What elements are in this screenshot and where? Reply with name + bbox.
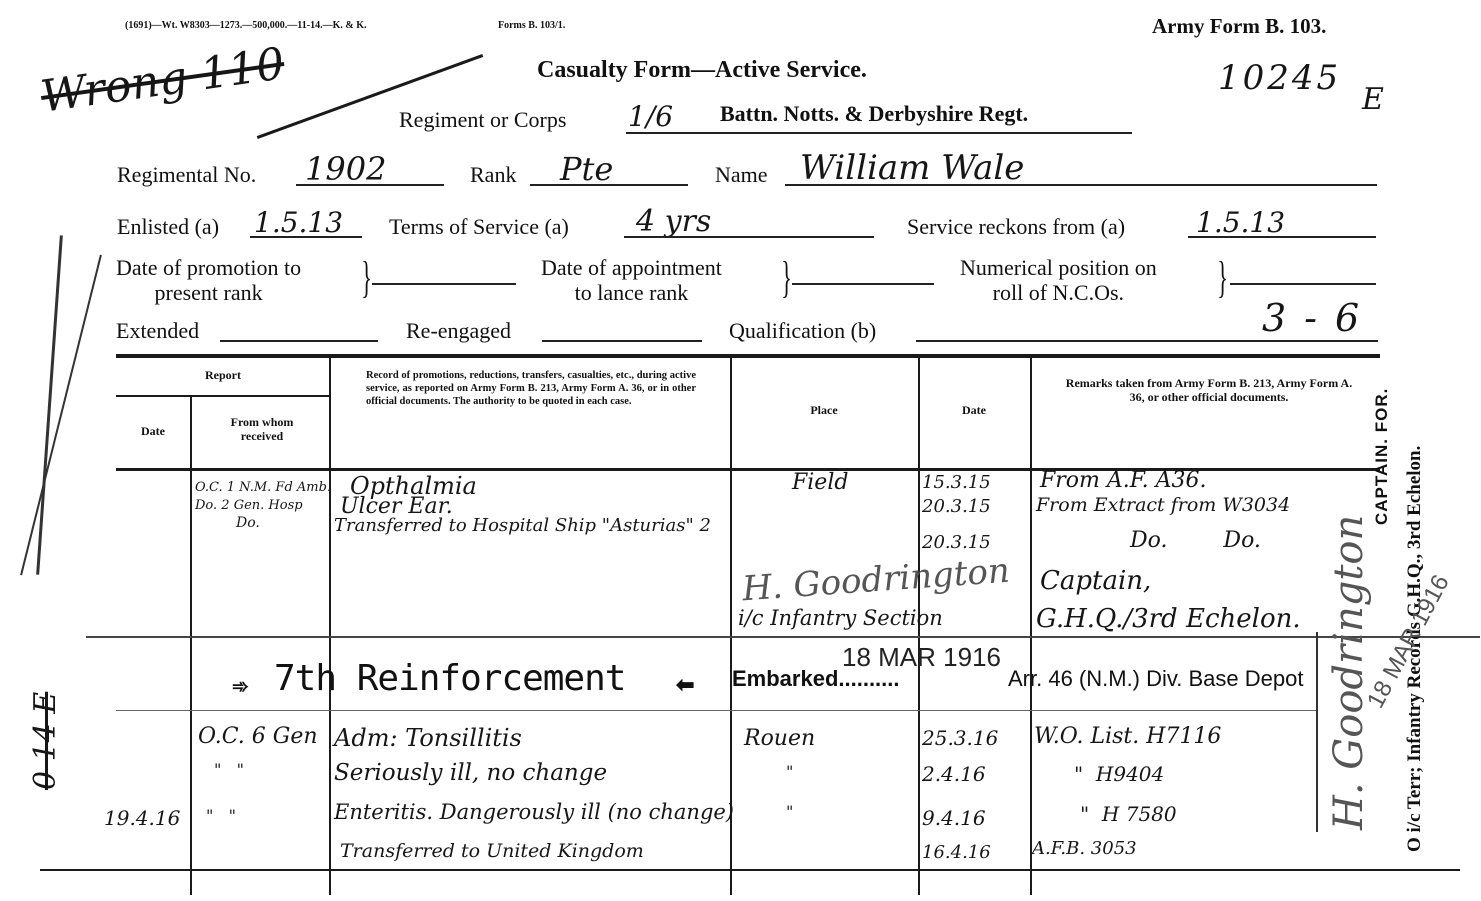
row-1916-1-record: Adm: Tonsillitis [334,724,522,752]
enlisted-label: Enlisted (a) [117,214,219,240]
promotion-label-line1: Date of promotion to [116,255,301,280]
reinforcement-divider [116,710,1316,711]
reengaged-underline [542,340,702,342]
signature-section: i/c Infantry Section [738,606,943,630]
crossed-annotation: Wrong 110 [38,38,288,123]
row-1915-2-date: 20.3.15 [922,496,991,517]
extended-underline [220,340,378,342]
arrival-text: Arr. 46 (N.M.) Div. Base Depot [1008,666,1303,692]
row-1916-4-date: 16.4.16 [922,842,991,863]
file-number: 10245 [1218,58,1341,98]
row-1916-3-from: " " [206,806,236,825]
form-number: Army Form B. 103. [1152,14,1326,39]
nco-label: Numerical position on roll of N.C.Os. [960,255,1157,305]
name-value: William Wale [800,148,1024,188]
regiment-value-handwritten: 1/6 [628,100,673,133]
row-1916-2-remarks: " H9404 [1074,762,1164,786]
row-1915-2-from: Do. 2 Gen. Hosp [195,498,303,513]
row-1916-1-date: 25.3.16 [922,726,998,750]
row-1916-3-place: " [786,802,793,821]
left-pen-stroke-2 [20,255,102,576]
row-1915-1-place: Field [792,470,848,495]
row-1916-3-remarks: " H 7580 [1080,802,1177,826]
regimental-no-label: Regimental No. [117,162,256,188]
qualification-value: 3-6 [1262,296,1377,340]
regimental-no-value: 1902 [305,150,386,188]
arrow-left-icon: ⬅ [676,672,694,698]
nco-brace: } [1217,252,1228,303]
col-divider-1 [190,395,192,895]
name-underline [785,184,1377,186]
row-1916-3-report-date: 19.4.16 [104,806,180,830]
row-1916-1-remarks: W.O. List. H7116 [1034,724,1221,749]
header-date: Date [116,424,190,438]
section-divider [86,636,1480,638]
row-1916-4-record: Transferred to United Kingdom [340,840,644,862]
rank-label: Rank [470,162,516,188]
header-remarks: Remarks taken from Army Form B. 213, Arm… [1064,376,1354,404]
forms-reference: Forms B. 103/1. [498,20,565,31]
lance-label-line1: Date of appointment [541,255,722,280]
header-record: Record of promotions, reductions, transf… [366,369,696,408]
promotion-label: Date of promotion to present rank [116,255,301,305]
header-date-2: Date [918,403,1030,417]
regiment-label: Regiment or Corps [399,107,566,133]
promotion-label-line2: present rank [116,280,301,305]
terms-underline [624,236,874,238]
margin-signature: H. Goodrington [1326,515,1372,830]
terms-value: 4 yrs [636,204,711,239]
terms-label: Terms of Service (a) [389,214,569,240]
extended-label: Extended [116,318,199,344]
header-report: Report [116,368,330,382]
table-top-border [116,354,1380,358]
reinforcement-stamp: 7th Reinforcement [274,658,625,699]
row-1916-1-place: Rouen [744,726,815,751]
signature-title-captain: Captain, [1040,566,1151,596]
form-title: Casualty Form—Active Service. [537,57,867,84]
nco-label-line2: roll of N.C.Os. [960,280,1157,305]
file-suffix: E [1362,82,1384,117]
row-1916-3-date: 9.4.16 [922,806,986,830]
row-1916-1-from: O.C. 6 Gen [198,724,318,749]
row-1916-2-date: 2.4.16 [922,762,986,786]
row-1915-2-remarks: From Extract from W3034 [1036,494,1290,516]
row-1915-3-from: Do. [236,515,260,531]
printer-line: (1691)—Wt. W8303—1273.—500,000.—11-14.—K… [125,20,366,31]
report-subheader-border [116,395,330,397]
lance-underline [792,283,934,285]
promotion-underline [372,283,516,285]
left-margin-code: 0 14 E [28,692,63,790]
regiment-value-printed: Battn. Notts. & Derbyshire Regt. [720,101,1028,127]
header-from-whom: From whom received [210,415,314,443]
name-label: Name [715,162,768,188]
row-1916-3-record: Enteritis. Dangerously ill (no change) [334,800,734,824]
lance-label-line2: to lance rank [541,280,722,305]
row-1915-3-date: 20.3.15 [922,532,991,553]
embarked-date-stamp: 18 MAR 1916 [842,642,1001,673]
enlisted-underline [250,236,362,238]
reckons-value: 1.5.13 [1196,206,1285,239]
row-1916-4-remarks: A.F.B. 3053 [1032,838,1137,859]
reckons-underline [1188,236,1376,238]
left-pen-stroke-1 [36,235,62,574]
col-divider-2 [329,358,331,895]
row-1916-2-record: Seriously ill, no change [334,760,607,786]
qualification-label: Qualification (b) [729,318,876,344]
nco-label-line1: Numerical position on [960,255,1157,280]
nco-underline [1230,283,1376,285]
row-1915-1-remarks: From A.F. A36. [1040,468,1206,493]
regimental-no-underline [296,184,444,186]
arrow-right-icon: ➾ [232,674,249,699]
row-1915-1-from: O.C. 1 N.M. Fd Amb. [195,480,331,495]
row-1915-3-remarks: Do. Do. [1130,528,1261,553]
captain-for-stamp: CAPTAIN. FOR. [1372,388,1392,525]
row-1915-3-record: Transferred to Hospital Ship "Asturias" … [334,515,711,536]
signature-title-echelon: G.H.Q./3rd Echelon. [1036,604,1301,634]
promotion-brace: } [361,252,372,303]
signature-goodrington: H. Goodrington [741,551,1011,610]
margin-signature-stroke [1316,632,1318,832]
reckons-label: Service reckons from (a) [907,214,1125,240]
lance-label: Date of appointment to lance rank [541,255,722,305]
qualification-underline [916,340,1378,342]
header-place: Place [730,403,918,417]
row-1916-2-place: " [786,762,793,781]
reengaged-label: Re-engaged [406,318,511,344]
row-1915-1-date: 15.3.15 [922,472,991,493]
lance-brace: } [781,252,792,303]
regiment-underline [626,132,1132,134]
col-divider-5 [1030,358,1032,895]
row-1916-2-from: " " [214,760,244,779]
enlisted-value: 1.5.13 [254,206,343,239]
table-bottom-border [40,869,1460,871]
rank-underline [530,184,688,186]
rank-value: Pte [560,150,613,188]
